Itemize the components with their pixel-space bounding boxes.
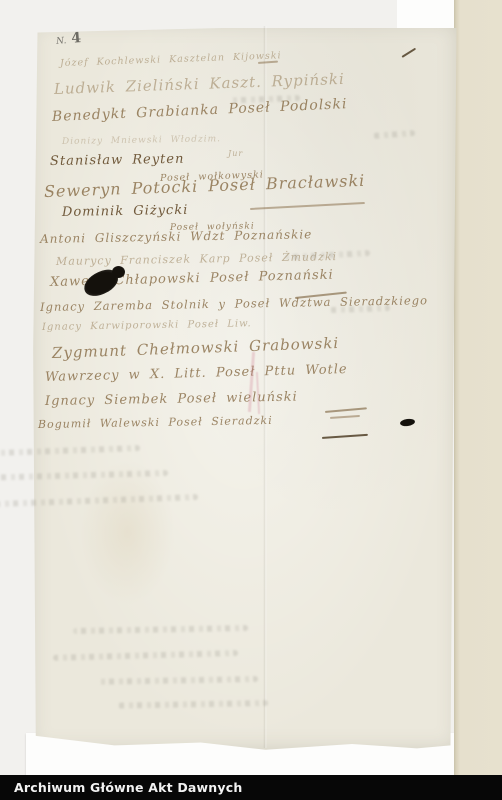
manuscript-line: Jur bbox=[228, 149, 243, 158]
manuscript-line: Bogumił Walewski Poseł Sieradzki bbox=[38, 414, 273, 431]
manuscript-line: Ludwik Zieliński Kaszt. Rypiński bbox=[54, 70, 345, 98]
archive-name-label: Archiwum Główne Akt Dawnych bbox=[0, 780, 242, 795]
manuscript-line: Benedykt Grabianka Poseł Podolski bbox=[52, 96, 348, 125]
manuscript-line: Józef Kochlewski Kasztelan Kijowski bbox=[60, 50, 282, 69]
manuscript-line: Wawrzecy w X. Litt. Poseł Pttu Wotle bbox=[45, 362, 348, 385]
manuscript-line: Dionizy Mniewski Włodzim. bbox=[62, 134, 221, 147]
manuscript-line: Antoni Gliszczyński Wdzt Poznańskie bbox=[40, 227, 312, 246]
handwriting-layer: Józef Kochlewski Kasztelan KijowskiLudwi… bbox=[28, 20, 460, 752]
manuscript-line: Ignacy Karwiporowski Poseł Liw. bbox=[42, 318, 252, 333]
ink-blot-small bbox=[112, 266, 125, 278]
next-page-edge bbox=[454, 0, 502, 800]
manuscript-line: Ignacy Siembek Poseł wieluński bbox=[45, 390, 298, 409]
manuscript-line: Dominik Giżycki bbox=[62, 203, 189, 220]
manuscript-line: Stanisław Reyten bbox=[50, 152, 185, 169]
manuscript-line: Zygmunt Chełmowski Grabowski bbox=[52, 334, 340, 362]
archive-caption-bar: Archiwum Główne Akt Dawnych bbox=[0, 775, 502, 800]
